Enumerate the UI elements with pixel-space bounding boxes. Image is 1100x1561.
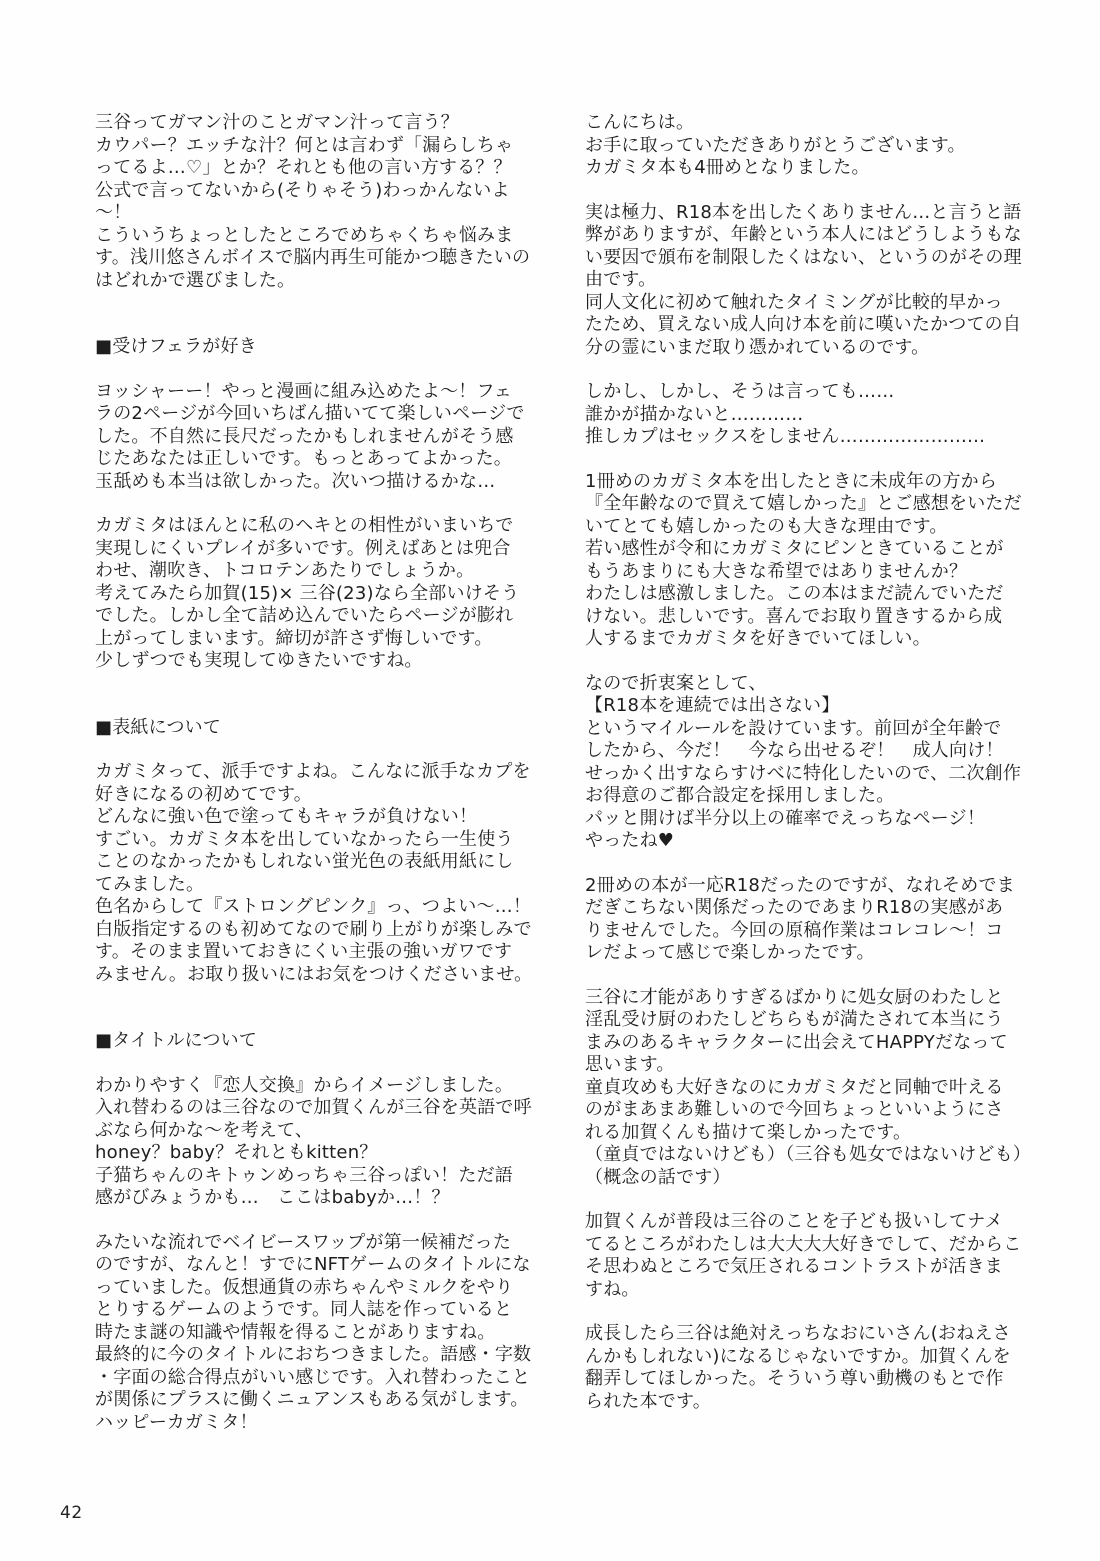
paragraph: 成長したら三谷は絶対えっちなおにいさん(おねえさ んかもしれない)になるじゃない… xyxy=(585,1323,1060,1413)
section-heading-uke-fella: ■受けフェラが好き xyxy=(95,336,565,359)
paragraph: ヨッシャーー！やっと漫画に組み込めたよ～！フェ ラの2ページが今回いちばん描いて… xyxy=(95,381,565,494)
left-column: 三谷ってガマン汁のことガマン汁って言う？ カウパー？エッチな汁？何とは言わず「漏… xyxy=(95,112,565,1456)
paragraph: カガミタって、派手ですよね。こんなに派手なカプを 好きになるの初めてです。 どん… xyxy=(95,761,565,986)
paragraph: わかりやすく『恋人交換』からイメージしました。 入れ替わるのは三谷なので加賀くん… xyxy=(95,1075,565,1210)
paragraph: 実は極力、R18本を出したくありません…と言うと語 弊がありますが、年齢という本… xyxy=(585,202,1060,360)
paragraph: 2冊めの本が一応R18だったのですが、なれそめでま だぎこちない関係だったのであ… xyxy=(585,875,1060,965)
paragraph-greeting: こんにちは。 お手に取っていただきありがとうございます。 カガミタ本も4冊めとな… xyxy=(585,112,1060,180)
paragraph: カガミタはほんとに私のヘキとの相性がいまいちで 実現しにくいプレイが多いです。例… xyxy=(95,515,565,673)
paragraph: みたいな流れでベイビースワップが第一候補だった のですが、なんと！すでにNFTゲ… xyxy=(95,1232,565,1435)
paragraph: なので折衷案として、 【R18本を連続では出さない】 というマイルールを設けてい… xyxy=(585,673,1060,853)
paragraph: しかし、しかし、そうは言っても…… 誰かが描かないと………… 推しカプはセックス… xyxy=(585,381,1060,449)
paragraph: 加賀くんが普段は三谷のことを子ども扱いしてナメ てるところがわたしは大大大大好き… xyxy=(585,1211,1060,1301)
paragraph: 三谷に才能がありすぎるばかりに処女厨のわたしと 淫乱受け厨のわたしどちらもが満た… xyxy=(585,987,1060,1190)
section-heading-title: ■タイトルについて xyxy=(95,1030,565,1053)
paragraph: 1冊めのカガミタ本を出したときに未成年の方から 『全年齢なので買えて嬉しかった』… xyxy=(585,471,1060,651)
page-number: 42 xyxy=(60,1503,83,1523)
paragraph: 三谷ってガマン汁のことガマン汁って言う？ カウパー？エッチな汁？何とは言わず「漏… xyxy=(95,112,565,292)
right-column: こんにちは。 お手に取っていただきありがとうございます。 カガミタ本も4冊めとな… xyxy=(585,112,1060,1435)
doujinshi-afterword-page: 三谷ってガマン汁のことガマン汁って言う？ カウパー？エッチな汁？何とは言わず「漏… xyxy=(0,0,1100,1561)
section-heading-cover: ■表紙について xyxy=(95,717,565,740)
